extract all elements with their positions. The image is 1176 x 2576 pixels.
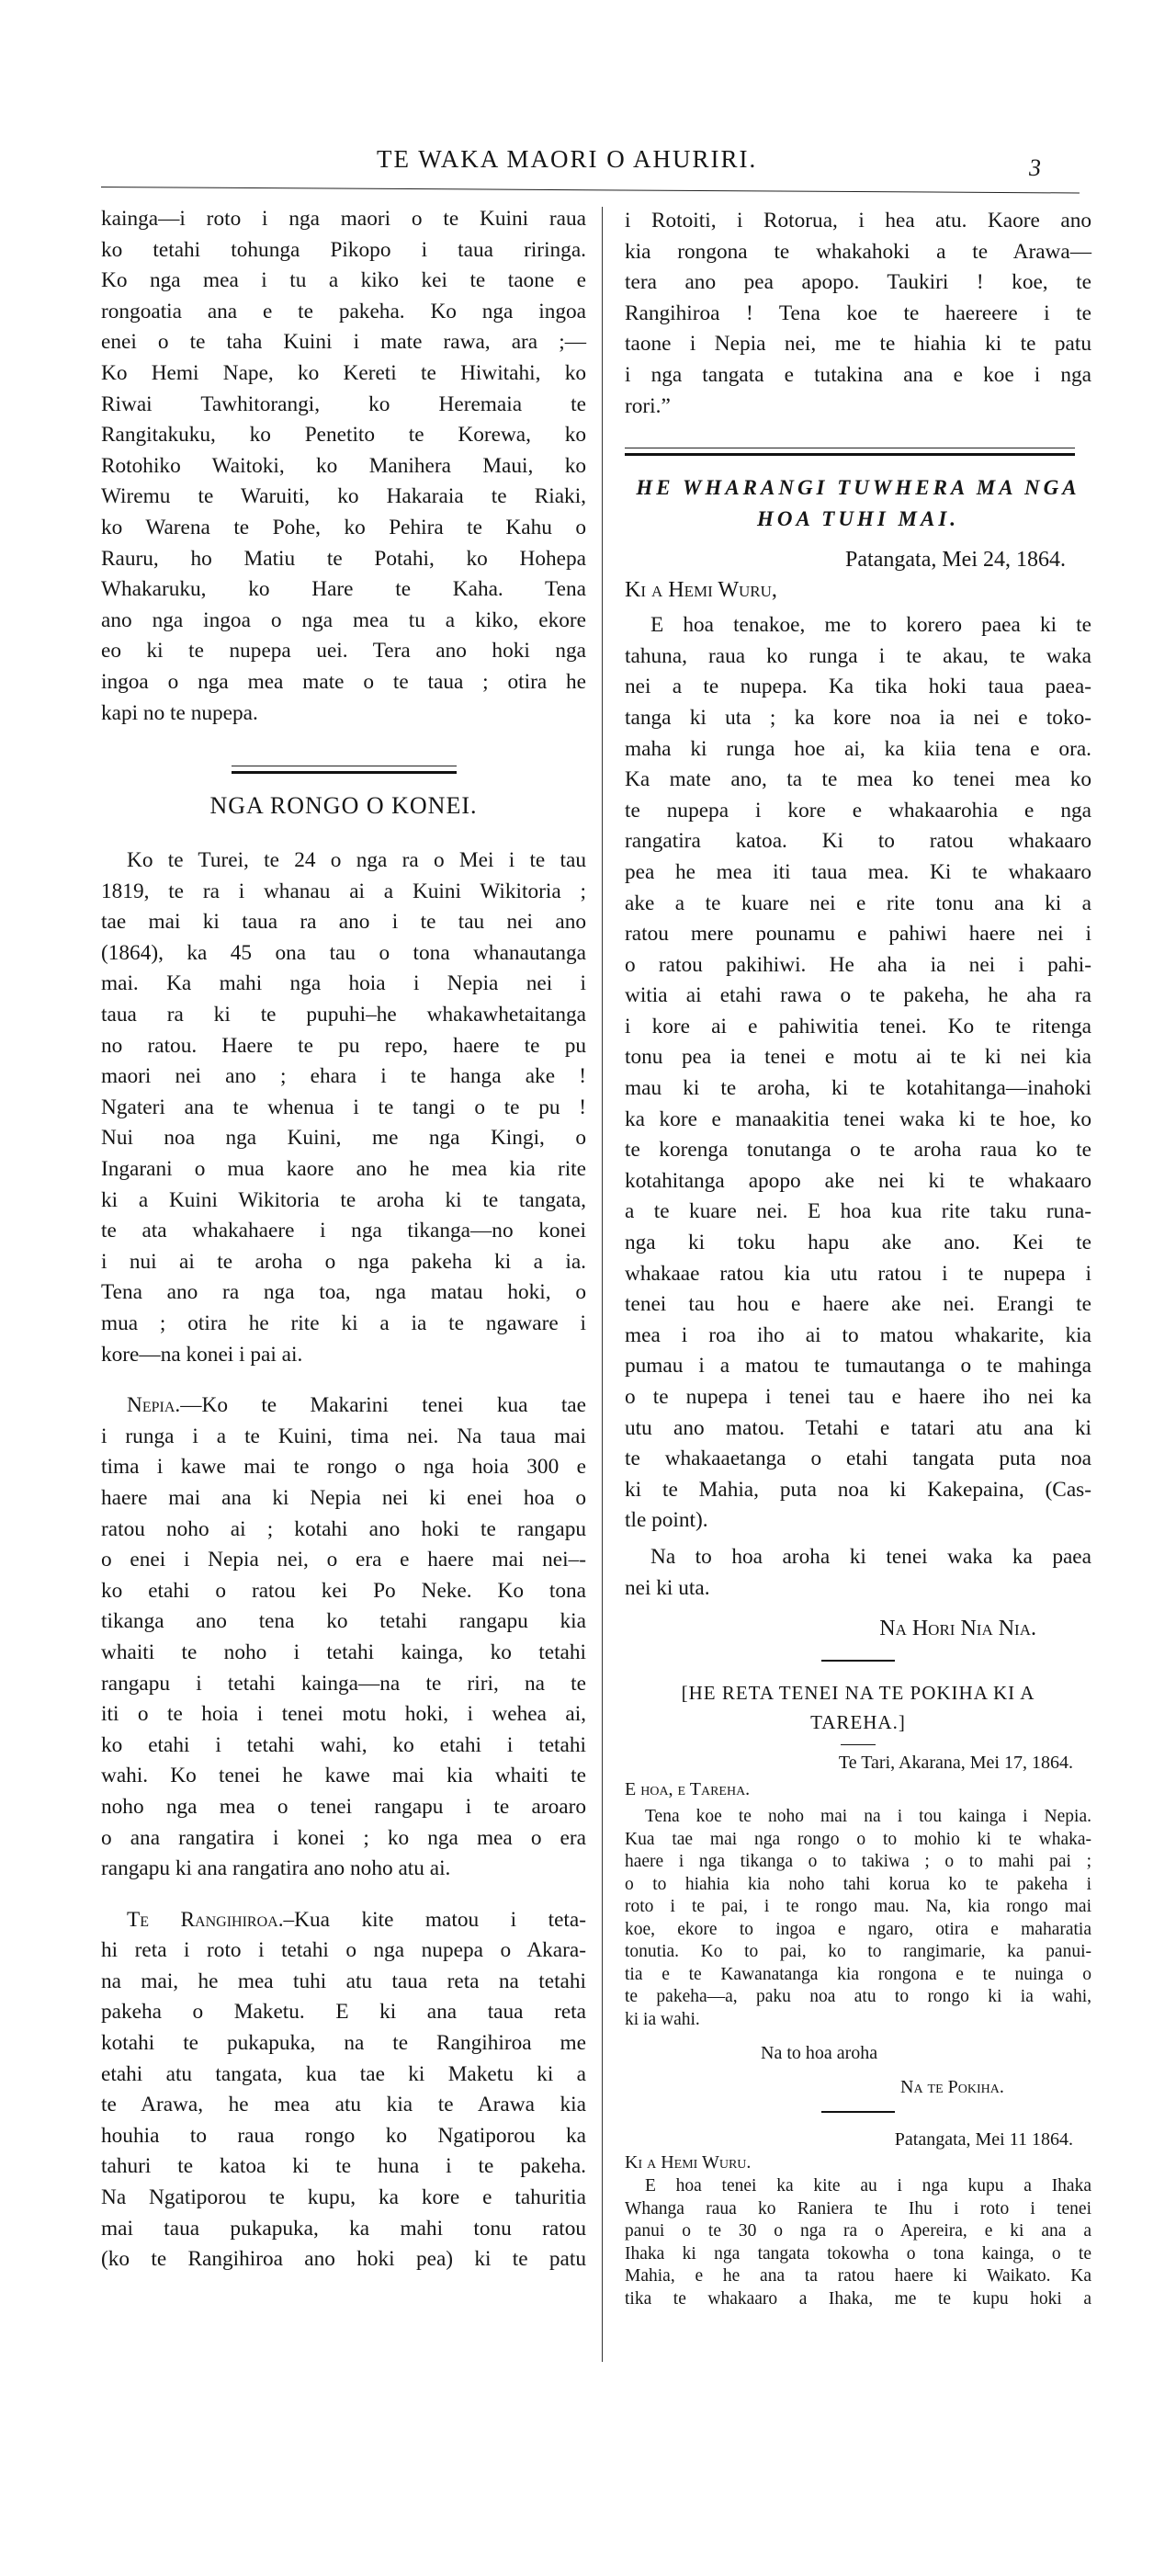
text-line: Ka mate ano, ta te mea ko tenei mea ko — [625, 765, 1091, 796]
text-line: Whanga raua ko Raniera te Ihu i roto i t… — [625, 2198, 1091, 2221]
letter-body: E hoa tenakoe, me to korero paea ki te t… — [625, 610, 1091, 1537]
text-line: o ratou pakihiwi. He aha ia nei i pahi- — [625, 950, 1091, 982]
heading-line: HOA TUHI MAI. — [625, 504, 1091, 535]
text-line: kotahi te pukapuka, na te Rangihiroa me — [101, 2028, 586, 2060]
text-line: ki ia wahi. — [625, 2009, 1091, 2032]
text-line: rangapu i tetahi kainga—na te riri, na t… — [101, 1669, 586, 1700]
text-line: pakeha o Maketu. E ki ana taua reta — [101, 1997, 586, 2028]
text-line: whakaae ratou kia utu ratou i te nupepa … — [625, 1259, 1091, 1290]
text-line: ka kore e manaakitia tenei waka ki te ho… — [625, 1105, 1091, 1136]
text-line: nei a te nupepa. Ka tika hoki taua paea- — [625, 672, 1091, 703]
text-line: mau ki te aroha, ki te kotahitanga—inaho… — [625, 1073, 1091, 1105]
letter-closing: Na to hoa aroha ki tenei waka ka paea ne… — [625, 1542, 1091, 1604]
section-rule — [821, 2111, 895, 2113]
text-line: enei o te taha Kuini i mate rawa, ara ;— — [101, 327, 586, 358]
text-line: i nui ai te aroha o nga pakeha ki a ia. — [101, 1247, 586, 1278]
article-paragraph: Ko te Turei, te 24 o nga ra o Mei i te t… — [101, 845, 586, 1370]
text-line: rori.” — [625, 392, 1091, 423]
text-line: taone i Nepia nei, me te hiahia ki te pa… — [625, 329, 1091, 360]
text-line: E hoa tenei ka kite au i nga kupu a Ihak… — [625, 2175, 1091, 2198]
text-line: te korenga tonutanga o te aroha raua ko … — [625, 1135, 1091, 1166]
text-line: te pakeha—a, paku noa atu to rongo ki ia… — [625, 1986, 1091, 2009]
text-line: Mahia, e he ana ta ratou haere ki Waikat… — [625, 2265, 1091, 2288]
text-line: Na to hoa aroha ki tenei waka ka paea — [625, 1542, 1091, 1573]
text-line: whaiti te noho i tetahi kainga, ko tetah… — [101, 1638, 586, 1669]
text-line: te Arawa, he mea atu kia te Arawa kia — [101, 2090, 586, 2121]
text-line: panui o te 30 o nga ra o Apereira, e ki … — [625, 2220, 1091, 2243]
letter-heading: [HE RETA TENEI NA TE POKIHA KI A TAREHA.… — [625, 1678, 1091, 1737]
left-column: kainga—i roto i nga maori o te Kuini rau… — [101, 204, 586, 2275]
column-divider — [602, 207, 603, 2362]
letter-salutation: Ki a Hemi Wuru, — [625, 578, 1091, 603]
text-line: o te nupepa i tenei tau e haere iho nei … — [625, 1382, 1091, 1413]
text-line: i runga i a te Kuini, tima nei. Na taua … — [101, 1422, 586, 1453]
text-line: Ihaka ki nga tangata tokowha o tona kain… — [625, 2243, 1091, 2266]
text-line: ratou noho ai ; kotahi ano hoki te ranga… — [101, 1515, 586, 1546]
text-line: ko Warena te Pohe, ko Pehira te Kahu o — [101, 513, 586, 544]
letter-salutation: E hoa, e Tareha. — [625, 1779, 1091, 1800]
text-line: tenei tau hou e haere ake nei. Erangi te — [625, 1289, 1091, 1321]
text-line: E hoa tenakoe, me to korero paea ki te — [625, 610, 1091, 641]
text-line: utu ano matou. Tetahi e tatari atu ana k… — [625, 1413, 1091, 1445]
text-line: tonu pea ia tenei e motu ai te ki nei ki… — [625, 1042, 1091, 1073]
letter-signature: Na Hori Nia Nia. — [625, 1617, 1091, 1641]
text-line: te whakaaetanga o etahi tangata puta noa — [625, 1444, 1091, 1475]
text-line: tle point). — [625, 1505, 1091, 1537]
letter-dateline: Patangata, Mei 11 1864. — [625, 2129, 1091, 2150]
heading-line: [HE RETA TENEI NA TE POKIHA KI A — [625, 1678, 1091, 1708]
text-line: ki a Kuini Wikitoria te aroha ki te tang… — [101, 1186, 586, 1217]
text-line: te ata whakahaere i nga tikanga—no konei — [101, 1216, 586, 1247]
section-rule — [625, 448, 1075, 456]
text-line: haere i nga tikanga o to takiwa ; o to m… — [625, 1851, 1091, 1874]
article-paragraph: Nepia.—Ko te Makarini tenei kua tae i ru… — [101, 1390, 586, 1885]
paragraph-lead: Nepia. — [127, 1393, 180, 1417]
newspaper-page: TE WAKA MAORI O AHURIRI. 3 kainga—i roto… — [0, 0, 1176, 2576]
text-line: tikanga ano tena ko tetahi rangapu kia — [101, 1606, 586, 1638]
text-line: ratou mere pounamu e pahiwi haere nei i — [625, 919, 1091, 950]
text-line: ingoa o nga mea mate o te taua ; otira h… — [101, 667, 586, 698]
text-line: Nui noa nga Kuini, me nga Kingi, o — [101, 1123, 586, 1154]
correspondence-heading: HE WHARANGI TUWHERA MA NGA HOA TUHI MAI. — [625, 472, 1091, 535]
text-line: Ko nga mea i tu a kiko kei te taone e — [101, 266, 586, 297]
section-rule — [821, 1660, 895, 1662]
text-line: pumau i a matou te tumautanga o te mahin… — [625, 1351, 1091, 1382]
text-line: witia ai etahi rawa o te pakeha, he aha … — [625, 981, 1091, 1012]
section-rule — [232, 766, 457, 774]
text-line: mua ; otira he rite ki a ia te ngaware i — [101, 1309, 586, 1340]
text-line: 1819, te ra i whanau ai a Kuini Wikitori… — [101, 877, 586, 908]
letter-salutation: Ki a Hemi Wuru. — [625, 2152, 1091, 2173]
text-line: Tena ano ra nga toa, nga matau hoki, o — [101, 1277, 586, 1309]
text-line: kotahitanga apopo ake nei ki te whakaaro — [625, 1166, 1091, 1197]
section-rule — [841, 1744, 876, 1745]
text-line: Na Ngatiporou te kupu, ka kore e tahurit… — [101, 2183, 586, 2214]
text-line: ki te Mahia, puta noa ki Kakepaina, (Cas… — [625, 1475, 1091, 1506]
text-line: Ko Hemi Nape, ko Kereti te Hiwitahi, ko — [101, 358, 586, 390]
text-line: kore—na konei i pai ai. — [101, 1340, 586, 1371]
letter-signature: Na te Pokiha. — [625, 2076, 1091, 2099]
text-line: Rauru, ho Matiu te Potahi, ko Hohepa — [101, 544, 586, 575]
letter-dateline: Te Tari, Akarana, Mei 17, 1864. — [625, 1753, 1091, 1774]
text-line: Rangitakuku, ko Penetito te Korewa, ko — [101, 420, 586, 451]
text-line: noho nga mea o tenei rangapu i te aroaro — [101, 1792, 586, 1823]
letter-dateline: Patangata, Mei 24, 1864. — [625, 548, 1091, 573]
text-line: rongoatia ana e te pakeha. Ko nga ingoa — [101, 297, 586, 328]
text-line: a te kuare nei. E hoa kua rite taku runa… — [625, 1197, 1091, 1228]
text-line: kainga—i roto i nga maori o te Kuini rau… — [101, 204, 586, 235]
text-line: eo ki te nupepa uei. Tera ano hoki nga — [101, 636, 586, 667]
text-line: Rangihiroa ! Tena koe te haereere i te — [625, 299, 1091, 330]
text-line: ko tetahi tohunga Pikopo i taua riringa. — [101, 235, 586, 267]
text-line: rangapu ki ana rangatira ano noho atu ai… — [101, 1854, 586, 1885]
text-line: Nepia.—Ko te Makarini tenei kua tae — [101, 1390, 586, 1422]
text-line: o enei i Nepia nei, o era e haere mai ne… — [101, 1545, 586, 1576]
text-line: nga ki toku hapu ake ano. Kei te — [625, 1228, 1091, 1259]
text-line: koe, ekore to ingoa e ngaro, otira e mah… — [625, 1919, 1091, 1942]
text-line: o to hiahia kia noho tahi korua ko te pa… — [625, 1874, 1091, 1897]
text-line: tika te whakaaro a Ihaka, me te kupu hok… — [625, 2288, 1091, 2311]
text-line: ko etahi o ratou kei Po Neke. Ko tona — [101, 1576, 586, 1607]
text-line: Whakaruku, ko Hare te Kaha. Tena — [101, 574, 586, 606]
text-line: Kua tae mai nga rongo o to mohio ki te w… — [625, 1829, 1091, 1852]
right-column: i Rotoiti, i Rotorua, i hea atu. Kaore a… — [625, 204, 1091, 2310]
text-line: no ratou. Haere te pu repo, haere te pu — [101, 1031, 586, 1062]
text-line: o ana rangatira i konei ; ko nga mea o e… — [101, 1823, 586, 1855]
article-continuation: i Rotoiti, i Rotorua, i hea atu. Kaore a… — [625, 206, 1091, 422]
newspaper-title: TE WAKA MAORI O AHURIRI. — [377, 145, 757, 174]
text-line: (1864), ka 45 ona tau o tona whanautanga — [101, 938, 586, 970]
text-line: i nga tangata e tutakina ana e koe i nga — [625, 360, 1091, 392]
text-line: Tena koe te noho mai na i tou kainga i N… — [625, 1806, 1091, 1829]
text-line: maori nei ano ; ehara i te hanga ake ! — [101, 1061, 586, 1093]
text-line: mea i roa iho ai to matou whakarite, kia — [625, 1321, 1091, 1352]
letter-closing: Na to hoa aroha — [625, 2042, 1091, 2065]
text-line: te nupepa i kore e whakaarohia e nga — [625, 796, 1091, 827]
text-line: tae mai ki taua ra ano i te tau nei ano — [101, 907, 586, 938]
text-line: mai taua pukapuka, ka mahi tonu ratou — [101, 2214, 586, 2245]
text-line: Ko te Turei, te 24 o nga ra o Mei i te t… — [101, 845, 586, 877]
article-paragraph: Te Rangihiroa.–Kua kite matou i teta- hi… — [101, 1905, 586, 2275]
text-line: Ngateri ana te whenua i te tangi o te pu… — [101, 1093, 586, 1124]
text-line: rangatira katoa. Ki to ratou whakaaro — [625, 826, 1091, 857]
text-line: kia rongona te whakahoki a te Arawa— — [625, 237, 1091, 268]
text-line: ano nga ingoa o nga mea tu a kiko, ekore — [101, 606, 586, 637]
masthead-rule — [101, 187, 1080, 194]
text-line: tonutia. Ko to pai, ko to rangimarie, ka… — [625, 1941, 1091, 1964]
text-line: tia e te Kawanatanga kia rongona e te nu… — [625, 1964, 1091, 1987]
text-line: tahuna, raua ko runga i te akau, te waka — [625, 641, 1091, 673]
heading-line: TAREHA.] — [625, 1708, 1091, 1737]
text-line: tanga ki uta ; ka kore noa ia nei e toko… — [625, 703, 1091, 734]
text-line: maha ki runga hoe ai, ka kiia tena e ora… — [625, 734, 1091, 766]
text-line: ko etahi i tetahi wahi, ko etahi i tetah… — [101, 1731, 586, 1762]
heading-line: HE WHARANGI TUWHERA MA NGA — [625, 472, 1091, 504]
text-fragment: –Kua kite matou i teta- — [284, 1908, 586, 1932]
text-line: Riwai Tawhitorangi, ko Heremaia te — [101, 390, 586, 421]
text-line: wahi. Ko tenei he kawe mai kia whaiti te — [101, 1761, 586, 1792]
page-number: 3 — [1029, 154, 1041, 182]
text-line: Te Rangihiroa.–Kua kite matou i teta- — [101, 1905, 586, 1936]
paragraph-lead: Te Rangihiroa. — [127, 1908, 284, 1932]
text-line: Ingarani o mua kaore ano he mea kia rite — [101, 1154, 586, 1186]
text-line: i kore ai e pahiwitia tenei. Ko te riten… — [625, 1012, 1091, 1043]
text-line: nei ki uta. — [625, 1573, 1091, 1605]
text-line: i Rotoiti, i Rotorua, i hea atu. Kaore a… — [625, 206, 1091, 237]
text-line: iti o te hoia i tenei motu hoki, i wehea… — [101, 1699, 586, 1731]
text-line: mai. Ka mahi nga hoia i Nepia nei i — [101, 969, 586, 1000]
text-line: taua ra ki te pupuhi–he whakawhetaitanga — [101, 1000, 586, 1031]
text-line: kapi no te nupepa. — [101, 698, 586, 730]
text-line: haere mai ana ki Nepia nei ki enei hoa o — [101, 1483, 586, 1515]
text-line: tera ano pea apopo. Taukiri ! koe, te — [625, 267, 1091, 299]
text-line: houhia to raua rongo ko Ngatiporou ka — [101, 2121, 586, 2152]
section-heading: NGA RONGO O KONEI. — [101, 792, 586, 820]
text-fragment: —Ko te Makarini tenei kua tae — [180, 1393, 586, 1417]
letter-body: E hoa tenei ka kite au i nga kupu a Ihak… — [625, 2175, 1091, 2310]
text-line: etahi atu tangata, kua tae ki Maketu ki … — [101, 2060, 586, 2091]
text-line: (ko te Rangihiroa ano hoki pea) ki te pa… — [101, 2244, 586, 2275]
text-line: roto i te pai, i te rongo mau. Na, kia r… — [625, 1896, 1091, 1919]
text-line: tahuri te katoa ki te huna i te pakeha. — [101, 2151, 586, 2183]
text-line: pea he mea iti taua mea. Ki te whakaaro — [625, 857, 1091, 889]
text-line: Wiremu te Waruiti, ko Hakaraia te Riaki, — [101, 482, 586, 513]
text-line: Rotohiko Waitoki, ko Manihera Maui, ko — [101, 451, 586, 482]
text-line: tima i kawe mai te rongo o nga hoia 300 … — [101, 1452, 586, 1483]
letter-body: Tena koe te noho mai na i tou kainga i N… — [625, 1806, 1091, 2031]
text-line: ake a te kuare nei e rite tonu ana ki a — [625, 889, 1091, 920]
masthead: TE WAKA MAORI O AHURIRI. 3 — [0, 145, 1176, 182]
text-line: hi reta i roto i tetahi o nga nupepa o A… — [101, 1935, 586, 1967]
article-continuation: kainga—i roto i nga maori o te Kuini rau… — [101, 204, 586, 729]
text-line: na mai, he mea tuhi atu taua reta na tet… — [101, 1967, 586, 1998]
